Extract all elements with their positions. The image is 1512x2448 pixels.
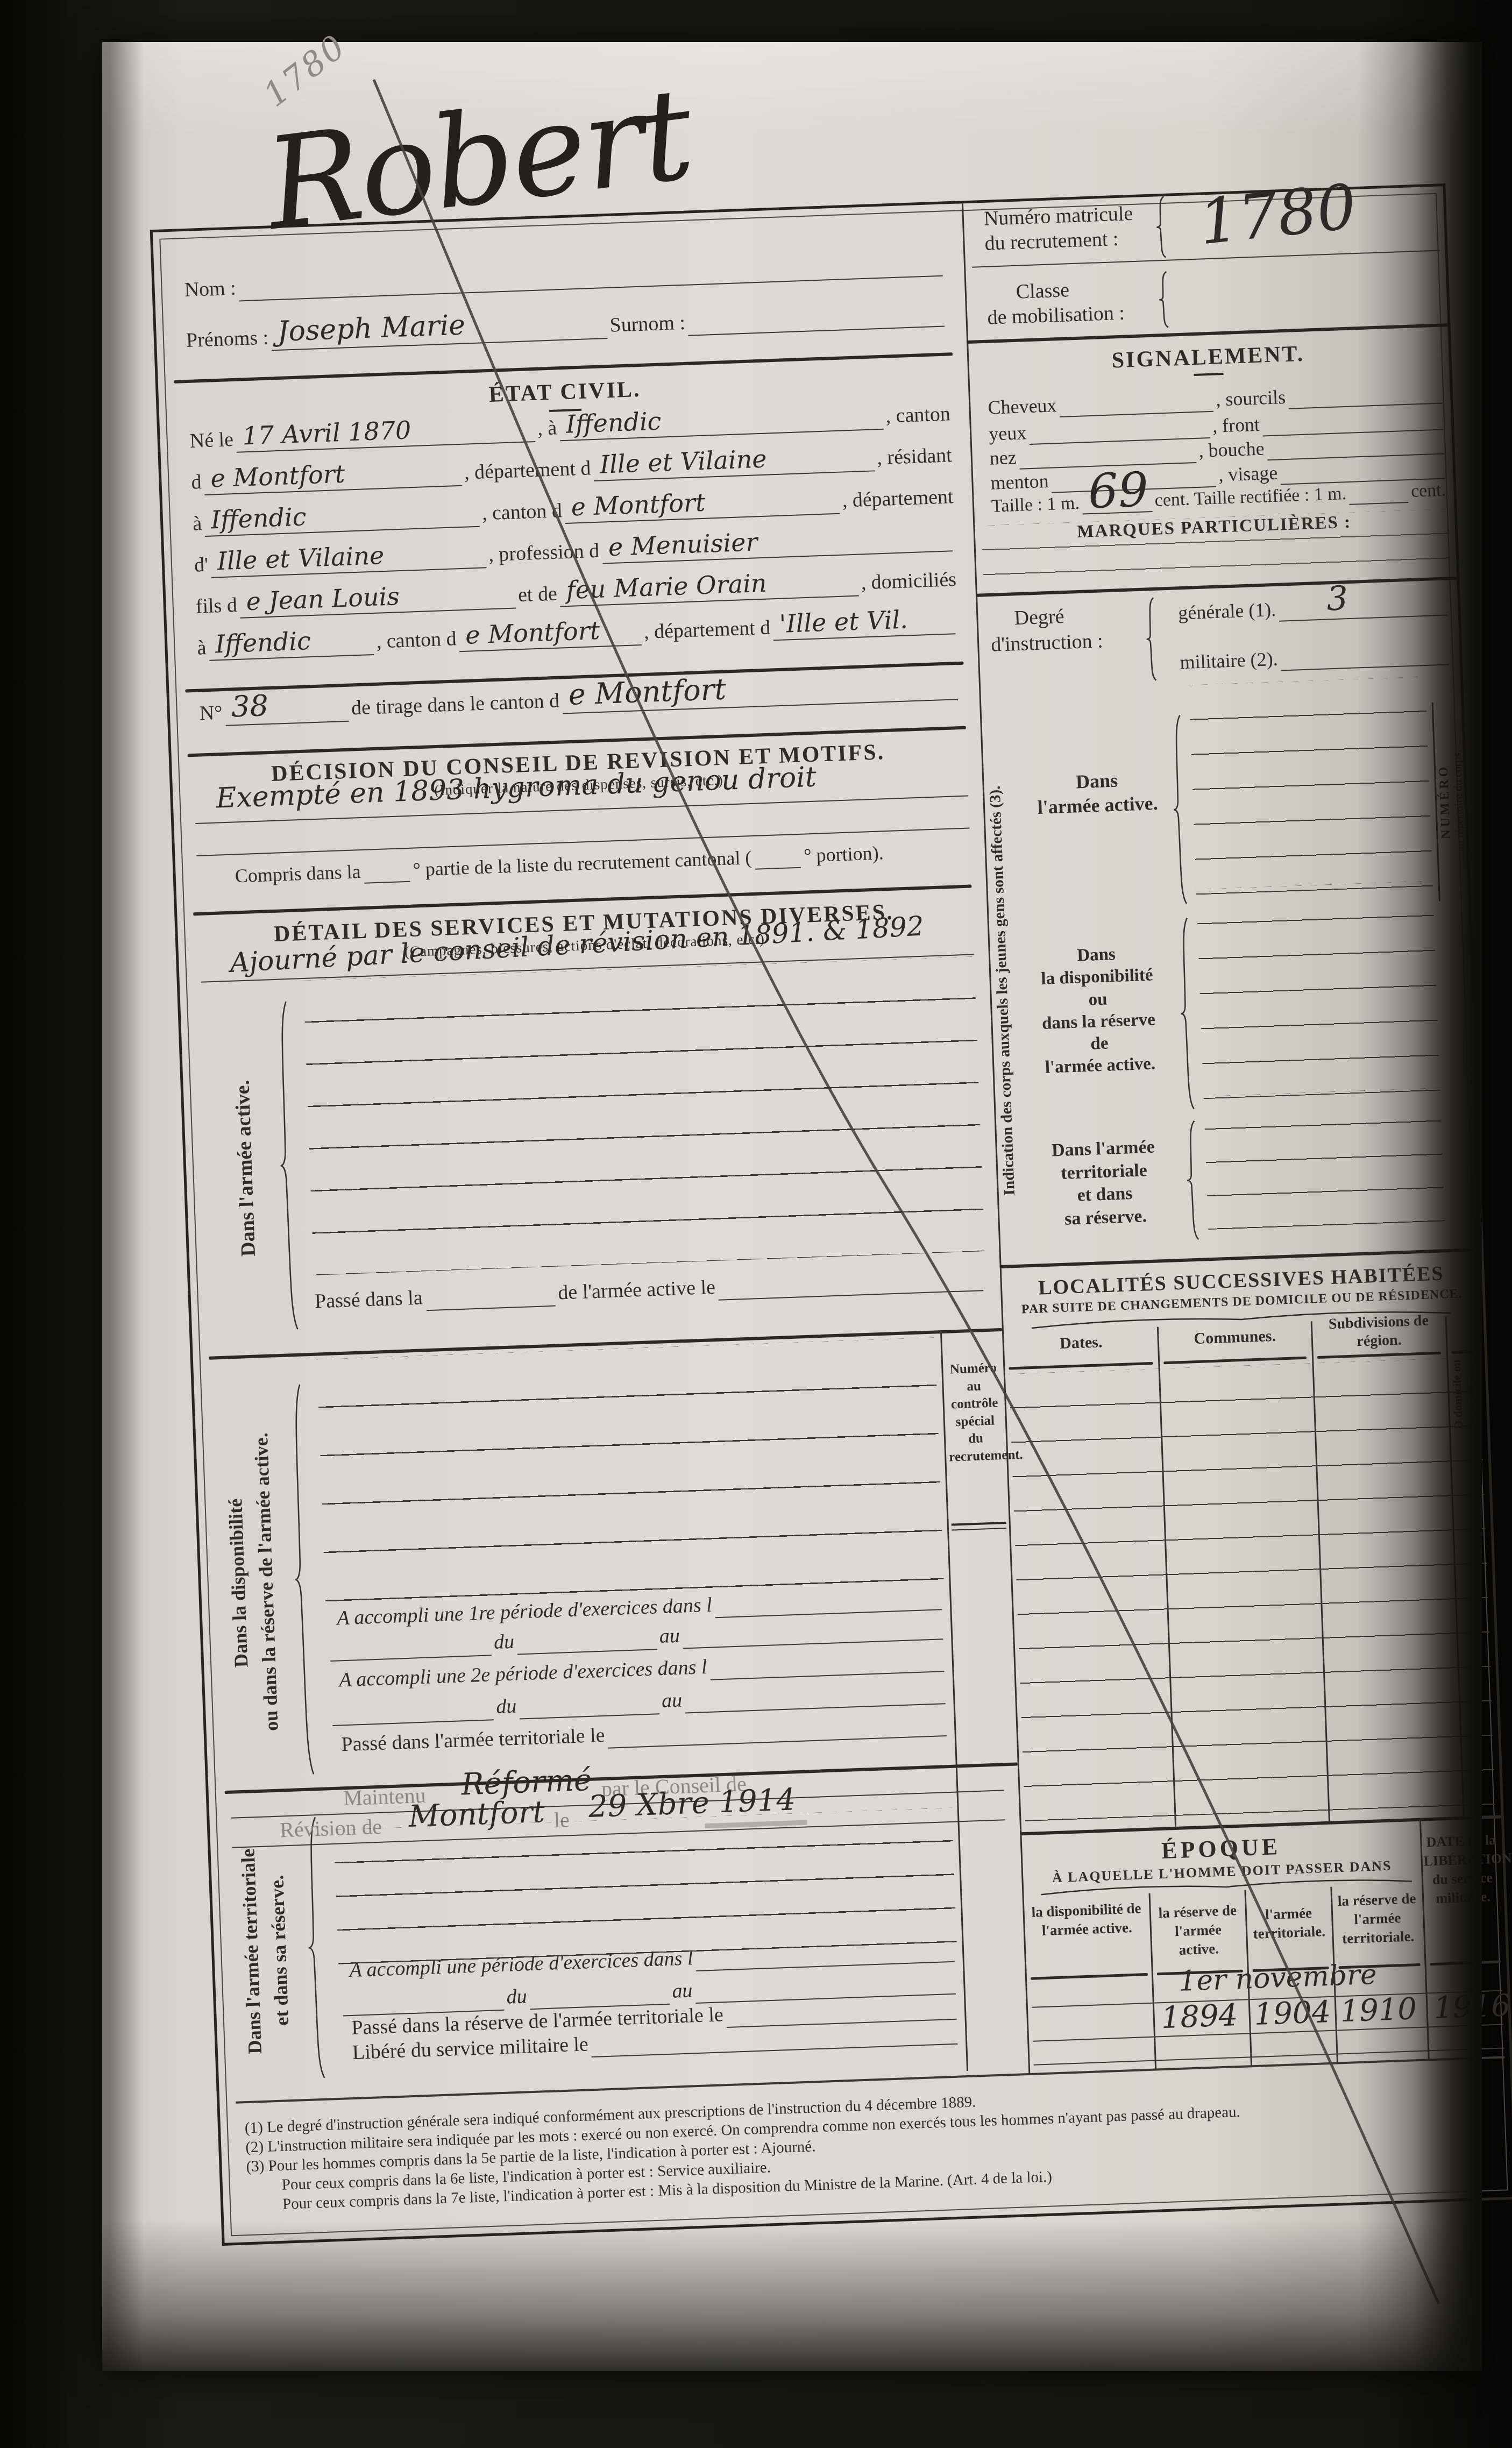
residant-label: , résidant bbox=[877, 444, 953, 472]
epoque-col1-header: la disponibilité de l'armée active. bbox=[1026, 1899, 1147, 1941]
tirage-canton-line: e Montfort bbox=[563, 699, 958, 714]
degre-label-2: d'instruction : bbox=[991, 629, 1104, 656]
tirage-canton-value: e Montfort bbox=[568, 672, 727, 712]
profession-value: e Menuisier bbox=[608, 528, 758, 562]
surnom-label: Surnom : bbox=[609, 311, 686, 339]
bouche-label: , bouche bbox=[1198, 437, 1265, 463]
passe-active-gap bbox=[426, 1305, 555, 1311]
surname-signature: Robert bbox=[259, 61, 699, 259]
canton3-label: , canton d bbox=[376, 628, 457, 655]
localites-col-subdivisions: Subdivisions de région. bbox=[1314, 1311, 1443, 1352]
classe-label-2: de mobilisation : bbox=[987, 301, 1125, 330]
taille-value: 69 bbox=[1087, 462, 1149, 519]
canton-line: e Montfort bbox=[204, 485, 462, 495]
signalement-title: SIGNALEMENT. bbox=[967, 336, 1449, 379]
profession-line: e Menuisier bbox=[602, 550, 953, 564]
front-label: , front bbox=[1212, 413, 1260, 438]
matricule-brace bbox=[1152, 195, 1168, 259]
group-terr-lines bbox=[1204, 1088, 1445, 1230]
localites-col-communes: Communes. bbox=[1160, 1326, 1310, 1350]
generale-value: 3 bbox=[1326, 579, 1348, 618]
group-terr-label: Dans l'armée territoriale et dans sa rés… bbox=[1027, 1135, 1181, 1232]
degre-label-1: Degré bbox=[1014, 605, 1064, 630]
et-de-label: et de bbox=[517, 583, 557, 608]
header-rule bbox=[1430, 1961, 1501, 1966]
canton2-value: e Montfort bbox=[571, 488, 706, 522]
sourcils-label: , sourcils bbox=[1216, 386, 1286, 412]
birthdate-value: 17 Avril 1870 bbox=[242, 416, 411, 450]
ne-le-label: Né le bbox=[189, 428, 234, 455]
birthplace-value: Iffendic bbox=[565, 407, 662, 439]
classe-label-1: Classe bbox=[1016, 278, 1070, 304]
surnom-line bbox=[688, 326, 945, 336]
du-label: du bbox=[506, 1985, 528, 2011]
au-label: au bbox=[659, 1624, 680, 1650]
group-dispo-line6: l'armée active. bbox=[1025, 1052, 1176, 1080]
matricule-value: 1780 bbox=[1196, 171, 1360, 259]
libere-line bbox=[592, 2043, 958, 2057]
departement-line: Ille et Vilaine bbox=[594, 470, 875, 481]
compris-label-2: ° partie de la liste du recrutement cant… bbox=[413, 847, 752, 882]
cheveux-label: Cheveux bbox=[988, 394, 1057, 420]
taille-rectifiee-line bbox=[1350, 502, 1409, 505]
fils-label: fils d bbox=[195, 594, 238, 620]
section3-vertical-label-2: et dans sa réserve. bbox=[263, 1815, 295, 2085]
group-active-brace bbox=[1166, 711, 1189, 908]
matricule-form: Robert Nom : Prénoms : Joseph Marie Surn… bbox=[150, 183, 1512, 2246]
du-label: du bbox=[493, 1630, 515, 1656]
libere-label: Libéré du service militaire le bbox=[352, 2033, 588, 2066]
du-label: du bbox=[496, 1695, 517, 1720]
blank-ruled-lines bbox=[303, 956, 985, 1275]
domicile-line: Iffendic bbox=[209, 654, 374, 661]
photo-background: 1780 Robert Nom : Prénoms : Joseph Marie… bbox=[0, 0, 1512, 2448]
section3-vertical-label-1: Dans l'armée territoriale bbox=[235, 1817, 267, 2086]
matricule-label-2: du recrutement : bbox=[984, 227, 1119, 256]
tirage-value: 38 bbox=[231, 689, 269, 724]
group-terr-brace bbox=[1180, 1118, 1201, 1243]
prenoms-row: Prénoms : Joseph Marie Surnom : bbox=[186, 300, 947, 354]
controle-header: Numéro au contrôle spécial du recrutemen… bbox=[946, 1359, 1004, 1466]
du-line bbox=[332, 1719, 494, 1726]
header-rule bbox=[1163, 1357, 1307, 1365]
birthplace-line: Iffendic bbox=[560, 429, 884, 442]
domicilies-label: , domiciliés bbox=[861, 568, 957, 596]
cent-label: cent. bbox=[1410, 479, 1446, 502]
dep-final-line: 'Ille et Vil. bbox=[773, 633, 956, 641]
passe-active-line bbox=[719, 1290, 984, 1301]
departement-label: , département d bbox=[464, 457, 591, 486]
localites-rows bbox=[1009, 1357, 1495, 1821]
tirage-row: N° 38 de tirage dans le canton d e Montf… bbox=[199, 673, 961, 727]
document-paper: 1780 Robert Nom : Prénoms : Joseph Marie… bbox=[102, 42, 1482, 2371]
dep3-line: Ille et Vilaine bbox=[211, 567, 487, 578]
yeux-label: yeux bbox=[989, 422, 1027, 446]
section3-brace bbox=[298, 1812, 327, 2084]
epoque-date-header: DATE de la LIBÉRATION du service militai… bbox=[1423, 1830, 1502, 1908]
group-active-line2: l'armée active. bbox=[1031, 791, 1163, 820]
du-date-line bbox=[520, 1713, 659, 1719]
epoque-col2-header: la réserve de l'armée active. bbox=[1153, 1901, 1244, 1961]
taille-line: 69 bbox=[1082, 511, 1152, 515]
group-terr-line4: sa réserve. bbox=[1030, 1203, 1181, 1231]
father-line: e Jean Louis bbox=[240, 607, 516, 618]
numero-tirage-label: N° bbox=[199, 701, 223, 727]
compris-label-1: Compris dans la bbox=[235, 861, 361, 889]
group-dispo-label: Dans la disponibilité ou dans la réserve… bbox=[1020, 941, 1176, 1080]
dep3-value: Ille et Vilaine bbox=[217, 541, 385, 576]
degre-generale-row: générale (1). 3 bbox=[1178, 591, 1450, 625]
epoque-nov-value: 1er novembre bbox=[1178, 1959, 1377, 1998]
residence-value: Iffendic bbox=[210, 502, 307, 534]
generale-label: générale (1). bbox=[1178, 598, 1276, 625]
d2-label: d' bbox=[194, 554, 208, 579]
du-line bbox=[330, 1655, 492, 1662]
blank-ruled-lines bbox=[981, 509, 1451, 577]
domicile-value: Iffendic bbox=[215, 627, 311, 658]
profession-label: , profession d bbox=[488, 540, 600, 568]
section2-brace bbox=[282, 1376, 316, 1783]
mother-line: feu Marie Orain bbox=[560, 595, 859, 607]
militaire-line bbox=[1281, 664, 1449, 671]
header-rule bbox=[1031, 1973, 1148, 1980]
epoque-1904: 1904 bbox=[1254, 1995, 1332, 2032]
a2-label: à bbox=[193, 513, 202, 537]
compris-row: Compris dans la ° partie de la liste du … bbox=[235, 838, 929, 888]
nom-row: Nom : bbox=[184, 249, 946, 303]
header-rule bbox=[1317, 1352, 1441, 1359]
a-label: , à bbox=[537, 417, 557, 442]
dep2-label: , département bbox=[842, 486, 954, 514]
d-label: d bbox=[191, 471, 202, 496]
au-label: au bbox=[672, 1979, 693, 2005]
du-date-line bbox=[517, 1649, 657, 1655]
tirage-line: 38 bbox=[225, 721, 349, 726]
nom-line bbox=[239, 275, 943, 302]
localites-col-dates: Dates. bbox=[1006, 1331, 1156, 1355]
prenoms-value: Joseph Marie bbox=[277, 310, 466, 349]
header-rule bbox=[1009, 1362, 1153, 1370]
generale-line: 3 bbox=[1279, 614, 1447, 621]
classe-brace bbox=[1154, 271, 1170, 329]
father-value: e Jean Louis bbox=[246, 582, 400, 616]
mother-value: feu Marie Orain bbox=[566, 569, 768, 605]
canton-label: , canton bbox=[885, 403, 951, 430]
dep-final-label: , département d bbox=[643, 616, 771, 645]
epoque-col4-header: la réserve de l'armée territoriale. bbox=[1334, 1889, 1421, 1949]
group-active-label: Dans l'armée active. bbox=[1031, 767, 1164, 820]
tirage-text: de tirage dans le canton d bbox=[351, 690, 560, 722]
degre-militaire-row: militaire (2). bbox=[1180, 640, 1452, 675]
taille-rectifiee-label: cent. Taille rectifiée : 1 m. bbox=[1154, 483, 1347, 512]
compris-label-3: ° portion). bbox=[803, 842, 884, 868]
canton-value: e Montfort bbox=[210, 460, 345, 493]
section1-brace bbox=[269, 995, 301, 1337]
group-dispo-lines bbox=[1196, 881, 1440, 1099]
epoque-1910: 1910 bbox=[1339, 1991, 1417, 2029]
prenoms-label: Prénoms : bbox=[186, 327, 269, 354]
residence-line: Iffendic bbox=[205, 526, 480, 537]
epoque-col3-header: l'armée territoriale. bbox=[1248, 1903, 1329, 1943]
departement-value: Ille et Vilaine bbox=[599, 445, 767, 479]
section1-vertical-label: Dans l'armée active. bbox=[228, 998, 264, 1338]
epoque-1894: 1894 bbox=[1161, 1998, 1239, 2035]
dep-final-value: 'Ille et Vil. bbox=[779, 605, 908, 638]
etat-row-6: à Iffendic , canton d e Montfort , dépar… bbox=[197, 608, 959, 662]
group-active-lines bbox=[1189, 677, 1433, 895]
prenoms-line: Joseph Marie bbox=[272, 338, 608, 351]
canton3-line: e Montfort bbox=[459, 644, 642, 652]
degre-brace bbox=[1141, 596, 1158, 683]
canton3-value: e Montfort bbox=[465, 616, 600, 650]
canton2-line: e Montfort bbox=[565, 513, 840, 524]
signalement-dash bbox=[1194, 373, 1224, 376]
a3-label: à bbox=[197, 636, 207, 661]
epoque-row-line bbox=[1034, 2047, 1504, 2065]
nez-label: nez bbox=[989, 446, 1017, 471]
passe-territoriale-label: Passé dans l'armée territoriale le bbox=[341, 1724, 605, 1758]
canton2-label: , canton d bbox=[481, 500, 562, 527]
ne-le-line: 17 Avril 1870 bbox=[237, 441, 535, 453]
nom-label: Nom : bbox=[184, 277, 237, 303]
controle-double-rule bbox=[952, 1522, 1006, 1531]
blank-ruled-lines bbox=[317, 1337, 944, 1607]
matricule-label-1: Numéro matricule bbox=[983, 202, 1133, 231]
epoque-1916: 1916 bbox=[1433, 1988, 1511, 2026]
passe-territoriale-line bbox=[608, 1735, 947, 1749]
compris-gap bbox=[364, 881, 410, 884]
passe-active-row: Passé dans la de l'armée active le bbox=[314, 1264, 986, 1315]
passe-active-label-1: Passé dans la bbox=[314, 1287, 423, 1315]
passe-active-label-2: de l'armée active le bbox=[558, 1276, 716, 1306]
taille-label: Taille : 1 m. bbox=[991, 493, 1080, 518]
group-dispo-brace bbox=[1173, 914, 1196, 1113]
au-label: au bbox=[661, 1689, 683, 1714]
compris-gap bbox=[755, 867, 801, 870]
pencil-number: 1780 bbox=[256, 26, 354, 115]
militaire-label: militaire (2). bbox=[1180, 648, 1278, 675]
